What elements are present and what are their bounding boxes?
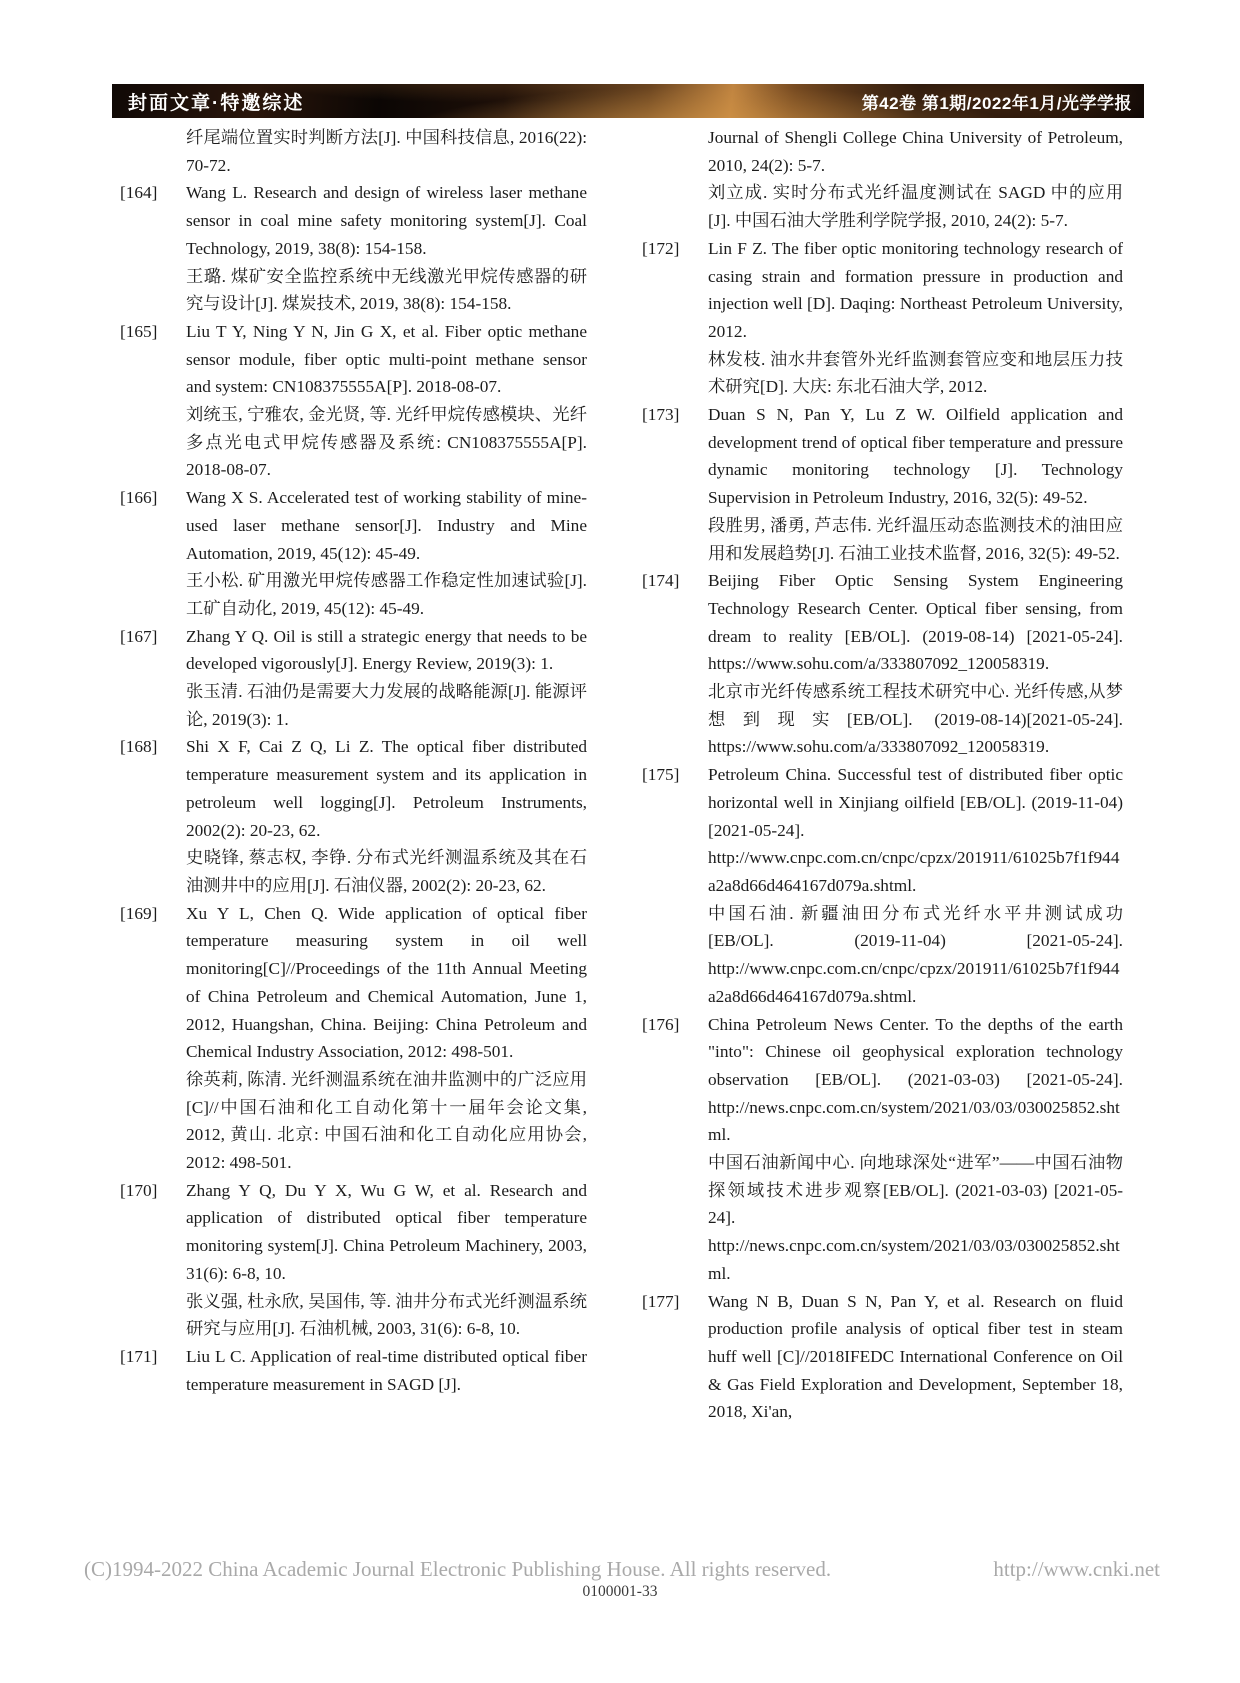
paper-page: 封面文章·特邀综述 第42卷 第1期/2022年1月/光学学报 纤尾端位置实时判…	[0, 0, 1240, 1683]
reference-english-text: Beijing Fiber Optic Sensing System Engin…	[708, 567, 1123, 678]
reference-item: [174] Beijing Fiber Optic Sensing System…	[642, 567, 1123, 761]
reference-english-text: Wang X S. Accelerated test of working st…	[186, 484, 587, 567]
reference-english-text: China Petroleum News Center. To the dept…	[708, 1011, 1123, 1150]
reference-body: Duan S N, Pan Y, Lu Z W. Oilfield applic…	[708, 401, 1123, 567]
reference-english-text: Zhang Y Q. Oil is still a strategic ener…	[186, 623, 587, 678]
reference-item: [172] Lin F Z. The fiber optic monitorin…	[642, 235, 1123, 401]
reference-english-text: Xu Y L, Chen Q. Wide application of opti…	[186, 900, 587, 1066]
reference-item: [176] China Petroleum News Center. To th…	[642, 1011, 1123, 1288]
reference-body: Xu Y L, Chen Q. Wide application of opti…	[186, 900, 587, 1177]
reference-item: [167] Zhang Y Q. Oil is still a strategi…	[120, 623, 587, 734]
reference-chinese-text: 王璐. 煤矿安全监控系统中无线激光甲烷传感器的研究与设计[J]. 煤炭技术, 2…	[186, 263, 587, 318]
reference-chinese-text: 段胜男, 潘勇, 芦志伟. 光纤温压动态监测技术的油田应用和发展趋势[J]. 石…	[708, 512, 1123, 567]
reference-body: Wang N B, Duan S N, Pan Y, et al. Resear…	[708, 1288, 1123, 1427]
reference-english-text: Shi X F, Cai Z Q, Li Z. The optical fibe…	[186, 733, 587, 844]
reference-chinese-text: 徐英莉, 陈清. 光纤测温系统在油井监测中的广泛应用[C]//中国石油和化工自动…	[186, 1066, 587, 1177]
reference-english-text: Zhang Y Q, Du Y X, Wu G W, et al. Resear…	[186, 1177, 587, 1288]
reference-item: [164] Wang L. Research and design of wir…	[120, 179, 587, 318]
reference-number	[642, 124, 708, 235]
cnki-url: http://www.cnki.net	[993, 1556, 1160, 1582]
reference-body: Liu T Y, Ning Y N, Jin G X, et al. Fiber…	[186, 318, 587, 484]
reference-number: [172]	[642, 235, 708, 401]
reference-item: [173] Duan S N, Pan Y, Lu Z W. Oilfield …	[642, 401, 1123, 567]
reference-english-text: Liu L C. Application of real-time distri…	[186, 1343, 587, 1398]
reference-body: Petroleum China. Successful test of dist…	[708, 761, 1123, 1010]
reference-item: [177] Wang N B, Duan S N, Pan Y, et al. …	[642, 1288, 1123, 1427]
reference-body: Beijing Fiber Optic Sensing System Engin…	[708, 567, 1123, 761]
reference-chinese-text: 王小松. 矿用激光甲烷传感器工作稳定性加速试验[J]. 工矿自动化, 2019,…	[186, 567, 587, 622]
reference-number: [167]	[120, 623, 186, 734]
reference-chinese-text: 张玉清. 石油仍是需要大力发展的战略能源[J]. 能源评论, 2019(3): …	[186, 678, 587, 733]
reference-chinese-text: 纤尾端位置实时判断方法[J]. 中国科技信息, 2016(22): 70-72.	[186, 124, 587, 179]
column-type-label: 封面文章·特邀综述	[128, 88, 304, 115]
reference-body: Journal of Shengli College China Univers…	[708, 124, 1123, 235]
reference-english-text: Lin F Z. The fiber optic monitoring tech…	[708, 235, 1123, 346]
reference-number: [177]	[642, 1288, 708, 1427]
reference-number: [166]	[120, 484, 186, 623]
reference-chinese-text: 史晓锋, 蔡志权, 李铮. 分布式光纤测温系统及其在石油测井中的应用[J]. 石…	[186, 844, 587, 899]
reference-number: [175]	[642, 761, 708, 1010]
reference-body: Wang X S. Accelerated test of working st…	[186, 484, 587, 623]
reference-number	[120, 124, 186, 179]
reference-english-text: Liu T Y, Ning Y N, Jin G X, et al. Fiber…	[186, 318, 587, 401]
journal-issue-label: 第42卷 第1期/2022年1月/光学学报	[862, 89, 1132, 114]
reference-chinese-text: 刘立成. 实时分布式光纤温度测试在 SAGD 中的应用[J]. 中国石油大学胜利…	[708, 179, 1123, 234]
reference-item: 纤尾端位置实时判断方法[J]. 中国科技信息, 2016(22): 70-72.	[120, 124, 587, 179]
copyright-text: (C)1994-2022 China Academic Journal Elec…	[84, 1556, 831, 1582]
references-left-column: 纤尾端位置实时判断方法[J]. 中国科技信息, 2016(22): 70-72.…	[120, 124, 587, 1426]
reference-body: China Petroleum News Center. To the dept…	[708, 1011, 1123, 1288]
reference-chinese-text: 北京市光纤传感系统工程技术研究中心. 光纤传感,从梦想到现实[EB/OL]. (…	[708, 678, 1123, 761]
reference-item: [171] Liu L C. Application of real-time …	[120, 1343, 587, 1398]
reference-chinese-text: 中国石油. 新疆油田分布式光纤水平井测试成功[EB/OL]. (2019-11-…	[708, 900, 1123, 1011]
reference-body: Shi X F, Cai Z Q, Li Z. The optical fibe…	[186, 733, 587, 899]
reference-body: Lin F Z. The fiber optic monitoring tech…	[708, 235, 1123, 401]
reference-english-text: Journal of Shengli College China Univers…	[708, 124, 1123, 179]
reference-item: [170] Zhang Y Q, Du Y X, Wu G W, et al. …	[120, 1177, 587, 1343]
reference-number: [169]	[120, 900, 186, 1177]
reference-body: Zhang Y Q. Oil is still a strategic ener…	[186, 623, 587, 734]
reference-number: [174]	[642, 567, 708, 761]
reference-english-text: Wang N B, Duan S N, Pan Y, et al. Resear…	[708, 1288, 1123, 1427]
reference-english-text: Wang L. Research and design of wireless …	[186, 179, 587, 262]
references-section: 纤尾端位置实时判断方法[J]. 中国科技信息, 2016(22): 70-72.…	[120, 124, 1123, 1426]
reference-item: [166] Wang X S. Accelerated test of work…	[120, 484, 587, 623]
reference-number: [176]	[642, 1011, 708, 1288]
reference-number: [171]	[120, 1343, 186, 1398]
reference-english-text: Duan S N, Pan Y, Lu Z W. Oilfield applic…	[708, 401, 1123, 512]
journal-header-bar: 封面文章·特邀综述 第42卷 第1期/2022年1月/光学学报	[112, 84, 1144, 118]
reference-body: 纤尾端位置实时判断方法[J]. 中国科技信息, 2016(22): 70-72.	[186, 124, 587, 179]
reference-body: Zhang Y Q, Du Y X, Wu G W, et al. Resear…	[186, 1177, 587, 1343]
reference-chinese-text: 林发枝. 油水井套管外光纤监测套管应变和地层压力技术研究[D]. 大庆: 东北石…	[708, 346, 1123, 401]
reference-chinese-text: 中国石油新闻中心. 向地球深处“进军”——中国石油物探领域技术进步观察[EB/O…	[708, 1149, 1123, 1288]
reference-item: Journal of Shengli College China Univers…	[642, 124, 1123, 235]
reference-item: [169] Xu Y L, Chen Q. Wide application o…	[120, 900, 587, 1177]
reference-number: [168]	[120, 733, 186, 899]
reference-chinese-text: 刘统玉, 宁雅农, 金光贤, 等. 光纤甲烷传感模块、光纤多点光电式甲烷传感器及…	[186, 401, 587, 484]
reference-item: [165] Liu T Y, Ning Y N, Jin G X, et al.…	[120, 318, 587, 484]
reference-number: [164]	[120, 179, 186, 318]
reference-number: [173]	[642, 401, 708, 567]
reference-item: [168] Shi X F, Cai Z Q, Li Z. The optica…	[120, 733, 587, 899]
reference-body: Wang L. Research and design of wireless …	[186, 179, 587, 318]
page-number: 0100001-33	[0, 1582, 1240, 1602]
reference-chinese-text: 张义强, 杜永欣, 吴国伟, 等. 油井分布式光纤测温系统研究与应用[J]. 石…	[186, 1288, 587, 1343]
reference-item: [175] Petroleum China. Successful test o…	[642, 761, 1123, 1010]
references-right-column: Journal of Shengli College China Univers…	[642, 124, 1123, 1426]
reference-body: Liu L C. Application of real-time distri…	[186, 1343, 587, 1398]
reference-number: [170]	[120, 1177, 186, 1343]
reference-number: [165]	[120, 318, 186, 484]
reference-english-text: Petroleum China. Successful test of dist…	[708, 761, 1123, 900]
copyright-notice: (C)1994-2022 China Academic Journal Elec…	[0, 1556, 1240, 1582]
